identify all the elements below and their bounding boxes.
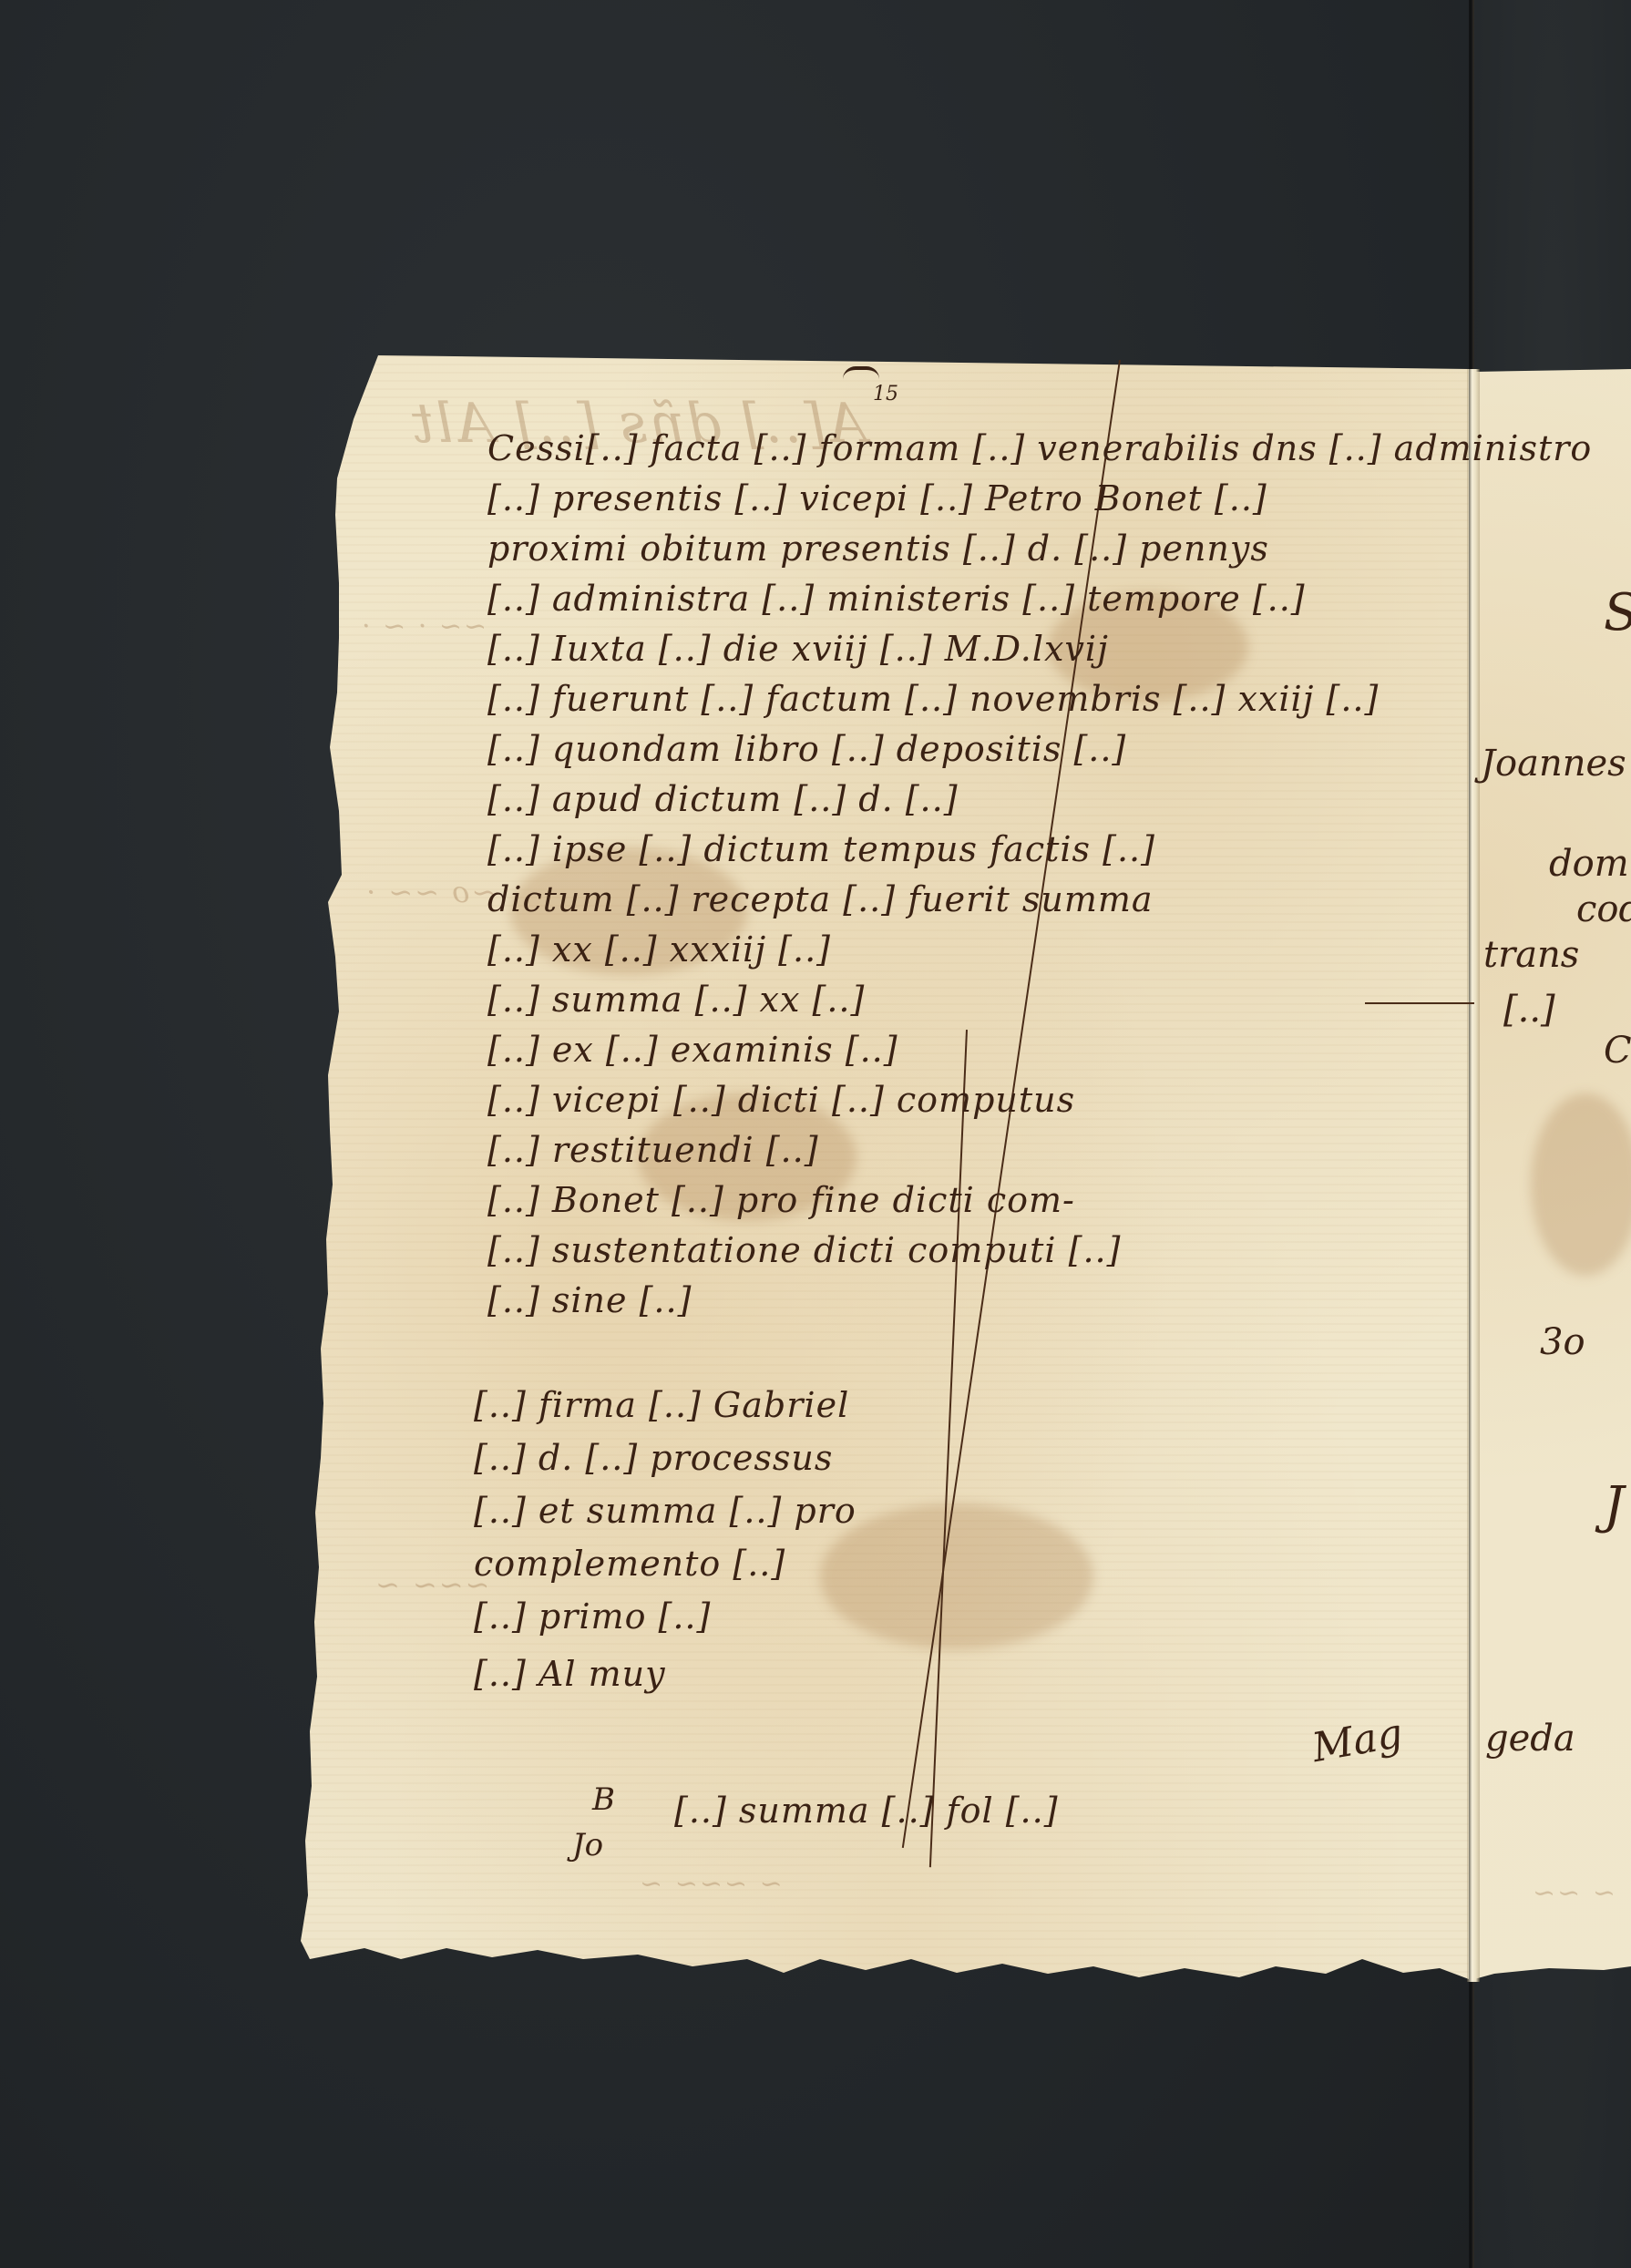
bleed-through-text: ~o ~~ · — [364, 875, 496, 909]
bleed-through-text: ~~ · ~ · — [360, 611, 487, 642]
text-line: [..] Iuxta [..] die xviij [..] M.D.lxvij — [487, 629, 1109, 669]
text-line: [..] primo [..] — [474, 1596, 711, 1637]
text-line: [..] administra [..] ministeris [..] tem… — [487, 579, 1306, 619]
page-fold — [1467, 369, 1480, 1982]
text-line: complemento [..] — [474, 1544, 785, 1584]
right-page-fragment: cod — [1576, 888, 1631, 930]
right-page-fragment: dom — [1549, 843, 1629, 885]
bleed-through-text: ~ ~~ — [1531, 1877, 1616, 1909]
margin-stroke — [1365, 1002, 1474, 1004]
text-line: [..] Bonet [..] pro fine dicti com- — [487, 1180, 1075, 1220]
right-page-fragment: S — [1604, 583, 1631, 642]
text-line: Cessi[..] facta [..] formam [..] venerab… — [487, 428, 1592, 468]
text-line: [..] vicepi [..] dicti [..] computus — [487, 1080, 1075, 1120]
right-page-fragment: Joannes — [1481, 743, 1626, 785]
text-line: [..] ipse [..] dictum tempus factis [..] — [487, 829, 1155, 869]
text-line: proximi obitum presentis [..] d. [..] pe… — [487, 529, 1269, 569]
text-line: [..] fuerunt [..] factum [..] novembris … — [487, 679, 1379, 719]
text-line: [..] apud dictum [..] d. [..] — [487, 779, 959, 819]
text-line: [..] et summa [..] pro — [474, 1491, 857, 1531]
right-page-fragment: C — [1604, 1030, 1631, 1072]
marginal-mark-b: B — [592, 1781, 615, 1818]
text-line: [..] presentis [..] vicepi [..] Petro Bo… — [487, 478, 1267, 518]
text-line: [..] summa [..] fol [..] — [674, 1791, 1059, 1831]
text-line: [..] d. [..] processus — [474, 1438, 833, 1478]
text-line: [..] sine [..] — [487, 1280, 692, 1320]
text-line: [..] ex [..] examinis [..] — [487, 1030, 898, 1070]
right-page-fragment: 3o — [1540, 1321, 1585, 1363]
marginal-mark-jo: Jo — [572, 1827, 603, 1863]
text-line: [..] summa [..] xx [..] — [487, 980, 865, 1020]
text-line: [..] restituendi [..] — [487, 1130, 819, 1170]
text-line: [..] quondam libro [..] depositis [..] — [487, 729, 1126, 769]
folio-number: 15 — [873, 383, 898, 405]
text-line: dictum [..] recepta [..] fuerit summa — [487, 879, 1154, 919]
bleed-through-text: ~~~ ~ — [374, 1567, 489, 1602]
text-line: [..] sustentatione dicti computi [..] — [487, 1230, 1121, 1270]
right-page-fragment: [..] — [1503, 989, 1555, 1031]
right-page-fragment: J — [1604, 1476, 1624, 1535]
stain — [1531, 1093, 1631, 1276]
text-line: [..] Al muy — [474, 1654, 666, 1694]
right-page-fragment: trans — [1483, 934, 1579, 976]
text-line: [..] firma [..] Gabriel — [474, 1385, 849, 1425]
stain — [820, 1503, 1093, 1649]
text-line: [..] xx [..] xxxiij [..] — [487, 929, 831, 970]
right-page-fragment: geda — [1485, 1718, 1575, 1760]
folio-overline — [843, 366, 879, 379]
bleed-through-text: ~ ~~~ ~ — [638, 1868, 783, 1900]
